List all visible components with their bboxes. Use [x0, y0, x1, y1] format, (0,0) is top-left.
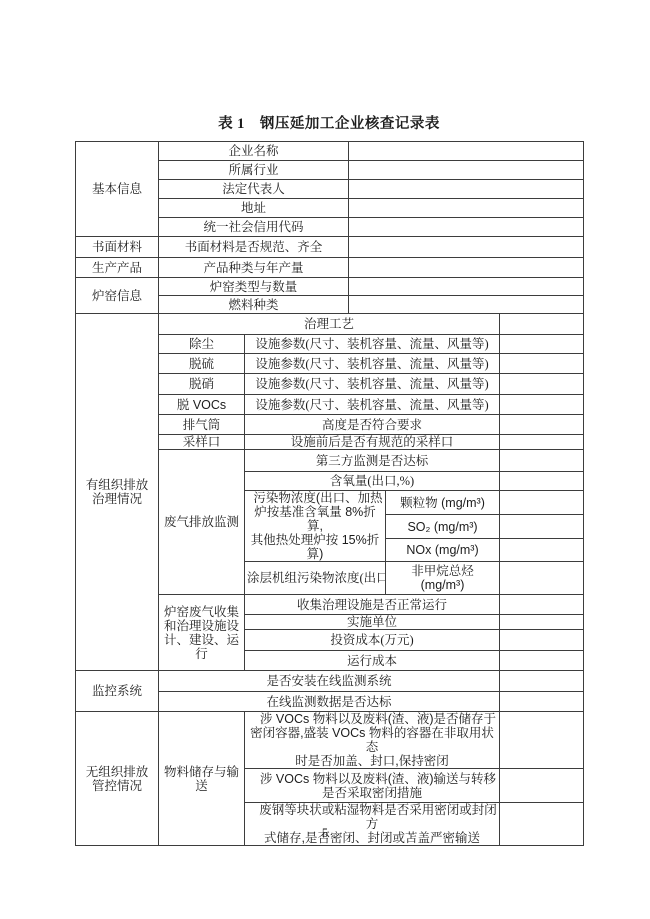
- sub-label-collection-facility: 炉窑废气收集 和治理设施设 计、建设、运 行: [159, 595, 245, 671]
- value-cell: [500, 671, 584, 692]
- device-name-desulfurization: 脱硫: [159, 354, 245, 374]
- section-label-written-material: 书面材料: [76, 237, 159, 258]
- field-enterprise-name: 企业名称: [159, 142, 349, 161]
- value-cell: [500, 651, 584, 671]
- value-cell: [349, 278, 584, 296]
- collection-investment-cost: 投资成本(万元): [245, 630, 500, 651]
- monitoring-system-installed: 是否安装在线监测系统: [159, 671, 500, 692]
- value-cell: [349, 142, 584, 161]
- value-cell: [500, 395, 584, 415]
- monitoring-oxygen: 含氧量(出口,%): [245, 472, 500, 491]
- value-cell: [500, 615, 584, 630]
- device-desc: 设施参数(尺寸、装机容量、流量、风量等): [245, 374, 500, 395]
- collection-normal-operation: 收集治理设施是否正常运行: [245, 595, 500, 615]
- value-cell: [500, 595, 584, 615]
- field-furnace-type: 炉窑类型与数量: [159, 278, 349, 296]
- pollutant-nox: NOx (mg/m³): [386, 539, 500, 562]
- concentration-label: 污染物浓度(出口、加热 炉按基准含氧量 8%折算, 其他热处理炉按 15%折算): [245, 491, 386, 562]
- section-label-furnace-info: 炉窑信息: [76, 278, 159, 314]
- value-cell: [500, 712, 584, 769]
- value-cell: [500, 450, 584, 472]
- device-name-devocs: 脱 VOCs: [159, 395, 245, 415]
- pollutant-particulate: 颗粒物 (mg/m³): [386, 491, 500, 515]
- stack-desc: 高度是否符合要求: [245, 415, 500, 435]
- section-label-monitoring-system: 监控系统: [76, 671, 159, 712]
- field-fuel-type: 燃料种类: [159, 296, 349, 314]
- section-label-basic-info: 基本信息: [76, 142, 159, 237]
- value-cell: [500, 374, 584, 395]
- device-desc: 设施参数(尺寸、装机容量、流量、风量等): [245, 354, 500, 374]
- sampling-desc: 设施前后是否有规范的采样口: [245, 435, 500, 450]
- header-treatment-process: 治理工艺: [159, 314, 500, 335]
- value-cell: [500, 562, 584, 595]
- sub-label-emission-monitoring: 废气排放监测: [159, 450, 245, 595]
- device-name-sampling-port: 采样口: [159, 435, 245, 450]
- value-cell: [349, 237, 584, 258]
- monitoring-third-party: 第三方监测是否达标: [245, 450, 500, 472]
- field-products: 产品种类与年产量: [159, 258, 349, 278]
- device-desc: 设施参数(尺寸、装机容量、流量、风量等): [245, 335, 500, 354]
- record-table: 基本信息 企业名称 所属行业 法定代表人 地址 统一社会信用代码: [75, 141, 584, 846]
- value-cell: [500, 630, 584, 651]
- value-cell: [500, 692, 584, 712]
- value-cell: [500, 354, 584, 374]
- section-label-products: 生产产品: [76, 258, 159, 278]
- page-number: 5: [0, 826, 650, 841]
- value-cell: [349, 161, 584, 180]
- value-cell: [500, 539, 584, 562]
- value-cell: [349, 199, 584, 218]
- field-credit-code: 统一社会信用代码: [159, 218, 349, 237]
- unorganized-vocs-transfer: 涉 VOCs 物料以及废料(渣、液)输送与转移 是否采取密闭措施: [245, 769, 500, 803]
- pollutant-nmhc: 非甲烷总烃 (mg/m³): [386, 562, 500, 595]
- value-cell: [500, 515, 584, 539]
- unorganized-vocs-storage: 涉 VOCs 物料以及废料(渣、液)是否储存于 密闭容器,盛装 VOCs 物料的…: [245, 712, 500, 769]
- collection-implementing-unit: 实施单位: [245, 615, 500, 630]
- value-cell: [500, 769, 584, 803]
- value-cell: [500, 435, 584, 450]
- value-cell: [349, 258, 584, 278]
- document-page: 表 1 钢压延加工企业核查记录表 基本信息 企业名称 所属行业 法定代表人 地址: [0, 0, 650, 919]
- value-cell: [349, 218, 584, 237]
- value-cell: [349, 180, 584, 199]
- monitoring-data-compliance: 在线监测数据是否达标: [159, 692, 500, 712]
- device-name-stack: 排气筒: [159, 415, 245, 435]
- coating-concentration-label: 涂层机组污染物浓度(出口): [245, 562, 386, 595]
- field-legal-representative: 法定代表人: [159, 180, 349, 199]
- field-industry: 所属行业: [159, 161, 349, 180]
- value-cell: [500, 415, 584, 435]
- value-cell: [349, 296, 584, 314]
- value-cell: [500, 472, 584, 491]
- pollutant-so2: SO₂ (mg/m³): [386, 515, 500, 539]
- field-address: 地址: [159, 199, 349, 218]
- device-name-denitration: 脱硝: [159, 374, 245, 395]
- field-written-material: 书面材料是否规范、齐全: [159, 237, 349, 258]
- device-name-dedusting: 除尘: [159, 335, 245, 354]
- value-cell: [500, 491, 584, 515]
- collection-operating-cost: 运行成本: [245, 651, 500, 671]
- value-cell: [500, 335, 584, 354]
- table-title: 表 1 钢压延加工企业核查记录表: [75, 112, 583, 133]
- value-cell: [500, 314, 584, 335]
- section-label-organized-emission: 有组织排放 治理情况: [76, 314, 159, 671]
- device-desc: 设施参数(尺寸、装机容量、流量、风量等): [245, 395, 500, 415]
